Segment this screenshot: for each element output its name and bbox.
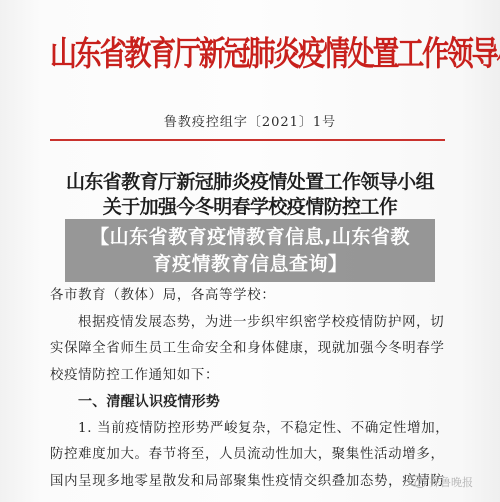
paragraph-line: 校疫情防控工作通知如下： — [50, 363, 450, 390]
overlay-line-2: 育疫情教育信息查询】 — [152, 251, 347, 278]
red-divider — [50, 139, 445, 141]
notice-title-line-1: 山东省教育厅新冠肺炎疫情处置工作领导小组 — [0, 170, 500, 195]
notice-title: 山东省教育厅新冠肺炎疫情处置工作领导小组 关于加强今冬明春学校疫情防控工作 — [0, 170, 500, 220]
paragraph-line: 防控难度加大。春节将至，人员流动性加大，聚集性活动增多， — [50, 442, 450, 469]
document-number: 鲁教疫控组字〔2021〕1号 — [0, 111, 500, 130]
source-watermark: 齐鲁晚报 — [408, 474, 473, 490]
caption-overlay: 【山东省教育疫情教育信息,山东省教 育疫情教育信息查询】 — [65, 219, 435, 282]
document-body: 各市教育（教体）局，各高等学校： 根据疫情发展态势，为进一步织牢织密学校疫情防护… — [50, 283, 450, 495]
watermark-text: 齐鲁晚报 — [429, 474, 473, 490]
paragraph-line: 1. 当前疫情防控形势严峻复杂，不稳定性、不确定性增加， — [50, 416, 450, 443]
paragraph-line: 国内呈现多地零星散发和局部聚集性疫情交织叠加态势，疫情防 — [50, 469, 450, 496]
notice-title-line-2: 关于加强今冬明春学校疫情防控工作 — [0, 195, 500, 220]
document-page: 山东省教育厅新冠肺炎疫情处置工作领导小组 鲁教疫控组字〔2021〕1号 山东省教… — [0, 0, 500, 502]
paragraph-line: 根据疫情发展态势，为进一步织牢织密学校疫情防护网，切 — [50, 310, 450, 337]
wechat-icon — [408, 475, 426, 489]
overlay-line-1: 【山东省教育疫情教育信息,山东省教 — [90, 224, 410, 251]
document-header-title: 山东省教育厅新冠肺炎疫情处置工作领导小组 — [50, 30, 450, 80]
salutation: 各市教育（教体）局，各高等学校： — [50, 283, 450, 310]
section-heading: 一、清醒认识疫情形势 — [50, 389, 450, 416]
paragraph-line: 实保障全省师生员工生命安全和身体健康，现就加强今冬明春学 — [50, 336, 450, 363]
